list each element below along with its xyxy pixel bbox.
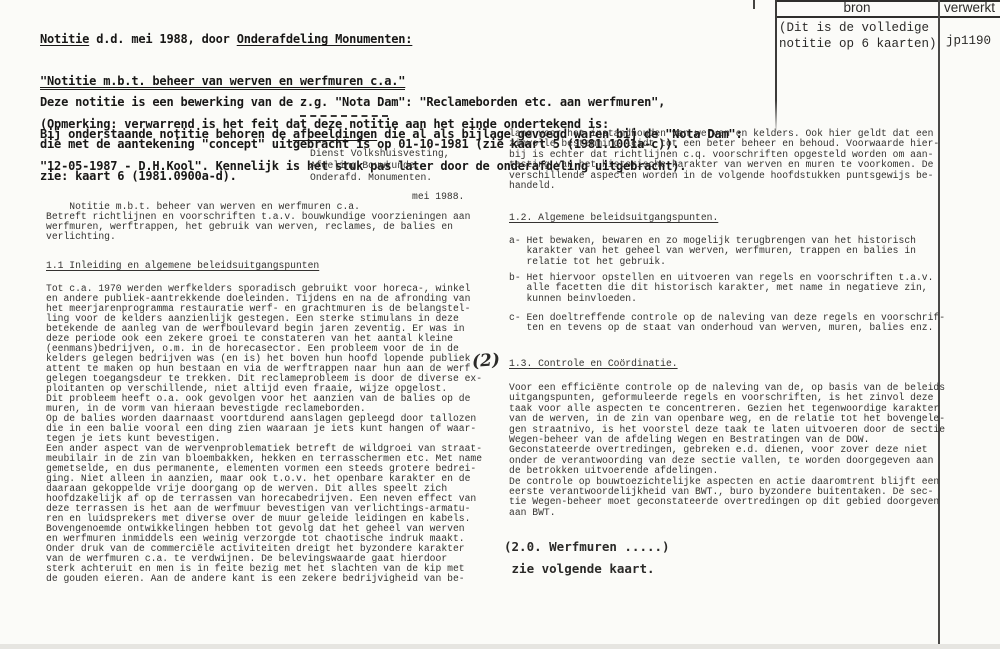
section-1-3-heading: 1.3. Controle en Coördinatie. [509,359,678,369]
annotation-title-word: Notitie [40,32,89,46]
scan-bottom-edge [0,644,1000,649]
verwerkt-code: jp1190 [946,33,991,49]
annotation-line-1: Notitie d.d. mei 1988, door Onderafdelin… [40,32,686,46]
annotation-department: Onderafdeling Monumenten: [237,32,413,46]
list-item-b: b- Het hiervoor opstellen en uitvoeren v… [509,273,933,304]
scanned-archive-card: Notitie d.d. mei 1988, door Onderafdelin… [0,0,1000,649]
bron-column-header: bron [777,0,937,15]
verwerkt-column-header: verwerkt [944,0,995,15]
list-item-c: c- Een doeltreffende controle op de nale… [509,313,945,334]
bron-note: (Dit is de volledige notitie op 6 kaarte… [779,20,937,52]
hand-dashed-underline [300,115,388,117]
closing-note: (2.0. Werfmuren .....) zie volgende kaar… [504,536,670,580]
intro-continuation: lang voor het instandhouden van werven e… [509,129,939,191]
list-item-a: a- Het bewaken, bewaren en zo mogelijk t… [509,236,916,267]
register-left-divider [775,0,777,134]
sender-address: Dienst Volkshuisvesting, Afdeling Bouwku… [310,148,450,185]
document-date: mei 1988. [412,192,464,202]
section-1-2-heading: 1.2. Algemene beleidsuitgangspunten. [509,213,718,223]
margin-annotation: (2) [471,350,500,372]
annotation-afbeeldingen: afbeeldingen [293,127,377,141]
register-edge-tick [753,0,755,9]
section-1-1-heading: 1.1 Inleiding en algemene beleidsuitgang… [46,261,319,271]
section-1-1-body: Tot c.a. 1970 werden werfkelders sporadi… [46,284,482,584]
register-header-divider [775,16,1000,18]
section-1-3-body: Voor een efficiënte controle op de nalev… [509,383,945,518]
betreft-paragraph: Betreft richtlijnen en voorschriften t.a… [46,212,470,242]
